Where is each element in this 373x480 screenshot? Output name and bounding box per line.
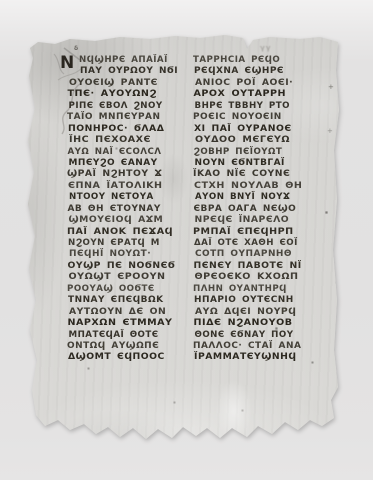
manuscript-text-line: ΗΠΑΡΙΟ ΟΥΤЄϹΝΗ — [194, 295, 325, 306]
manuscript-text-line: ΘΡЄΟЄΚΟ ΚΧΟΩΠ — [195, 272, 335, 283]
text-column-right: ΤΑΡΡΗϹΙΑ ΡЄϤΟΡЄϤΧΝΑ ЄϢΗΡЄΑΝΙΟϹ ΡΟΪ ΑΟЄΙ·… — [194, 55, 318, 364]
manuscript-text-line: ϢΜΟΥЄΙΟϤ ΑϪΜ — [69, 215, 202, 226]
manuscript-text-line: ΧΙ ΠΑΪ ΟΥΡΑΝΟЄ — [194, 124, 329, 135]
manuscript-text-line: ΤΠЄ· ΑΥΟΥΩΝϨ — [68, 89, 205, 100]
manuscript-text-line: ΟΥΩϢΤ ЄΡΟΟΥΝ — [69, 272, 206, 283]
manuscript-text-line: ΪΚΑΟ ΝΪЄ ϹΟΥΝЄ — [193, 169, 328, 180]
manuscript-text-line: ΝΟΥΝ ЄϬΝΤΒΓΑΪ — [195, 158, 326, 169]
manuscript-text-line: ΠΑΪ ΑΝΟΚ ΠЄϪΑϤ — [67, 227, 204, 238]
manuscript-text-line: ΔΑΪ ΟΤЄ ΧΑΘΗ ЄΟΪ — [194, 238, 320, 249]
manuscript-text-line: ϢΡΑΪ ΝϨΗΤΟΥ Ϫ — [67, 169, 200, 180]
manuscript-text-line: ΝΤΟΟΥ ΝЄΤΟΥΑ — [69, 192, 193, 203]
manuscript-text-line: ΑΡΟΧ ΟΥΤΑΡΡΗ — [194, 89, 334, 100]
faint-top-marks: γγ — [260, 44, 272, 53]
manuscript-text-line: ΟΝΤΩϤ ΑΥϢΩΠЄ — [67, 341, 196, 352]
manuscript-text-line: ΟΥϢΡ ΠЄ ΝΟϬΝЄϬ — [68, 261, 201, 272]
manuscript-text-line: ΔϢΟΜΤ ЄϤΠΟΟϹ — [68, 352, 201, 363]
text-column-left: ΝϤϢΗΡЄ ΑΠΑΪΑΪΠΑΥ ΟΥΡΩΟΥ ΝϬΙΟΥΟЄΙϢ ΡΑΝΤЄΤ… — [68, 55, 190, 364]
manuscript-text-line: ΤΑΪΟ ΜΝΠЄΥΡΑΝ — [67, 112, 196, 123]
manuscript-text-line: ΠΙΔЄ ΝϨΑΝΟΥΟΒ — [194, 318, 334, 329]
manuscript-text-line: ΠΛΗΝ ΟΥΑΝΤΗΡϤ — [193, 284, 319, 295]
dirt-specks — [24, 30, 25, 31]
quire-mark: δ — [74, 45, 78, 53]
manuscript-text-line: ΑΥΩ ΝΑΪ ЄϹΟΛϹΛ — [68, 147, 192, 158]
manuscript-leaf-shadow: Ν δ γγ + + ΝϤϢΗΡЄ ΑΠΑΪΑΪΠΑΥ ΟΥΡΩΟΥ ΝϬΙΟΥ… — [24, 30, 342, 444]
manuscript-text-line: ΠΑΛΛΟϹ· ϹΤΑΪ ΑΝΑ — [193, 341, 324, 352]
manuscript-text-line: ΡΜΠΑΪ ЄΠЄϤΗΡΠ — [193, 227, 333, 238]
manuscript-text-line: ΤΑΡΡΗϹΙΑ ΡЄϤΟ — [193, 55, 319, 66]
manuscript-text-line: ϹΟΤΠ ΟΥΠΑΡΝΗΘ — [195, 249, 326, 260]
manuscript-text-line: ΪΗϹ ΠЄΧΟΑΧЄ — [69, 135, 206, 146]
manuscript-text-line: ЄΠΝΑ ΪΑΤΟΛΙΚΗ — [68, 181, 205, 192]
manuscript-leaf: Ν δ γγ + + ΝϤϢΗΡЄ ΑΠΑΪΑΪΠΑΥ ΟΥΡΩΟΥ ΝϬΙΟΥ… — [24, 30, 342, 444]
manuscript-text-line: ΑΥΤΩΟΥΝ ΔЄ ΟΝ — [69, 307, 202, 318]
manuscript-text-line: ΝΡЄϤЄ ΪΝΑΡЄΛΟ — [195, 215, 330, 226]
manuscript-text-line: ΑΥΩ ΔϤЄΙ ΝΟΥΡϤ — [195, 307, 330, 318]
manuscript-text-line: ΠΟΝΗΡΟϹ· ϬΛΑΔ — [68, 124, 201, 135]
manuscript-text-line: ΝΑΡΧΩΝ ЄΤΜΜΑΥ — [68, 318, 205, 329]
manuscript-text-line: ΡΙΠЄ ЄΒΟΛ ϨΝΟΥ — [69, 101, 193, 112]
manuscript-text-line: ΠЄϤΗΪ ΝΟΥΩΤ· — [69, 249, 198, 260]
manuscript-text-line: ΠΑΥ ΟΥΡΩΟΥ ΝϬΙ — [80, 66, 196, 77]
manuscript-text-line: ϹΤΧΗ ΝΟΥΛΑΒ ΘΗ — [194, 181, 334, 192]
manuscript-text-line: ΝϤϢΗΡЄ ΑΠΑΪΑΪ — [79, 55, 191, 66]
manuscript-text-line: ΠЄΝЄΥ ΠΑΒΟΤЄ ΝΪ — [194, 261, 329, 272]
manuscript-text-line: ΑΥΟΝ ΒΝΥΪ ΝΟΥϪ — [195, 192, 321, 203]
manuscript-text-line: ϨΟΒΗΡ ΠЄΪΟΥΩΤ — [194, 147, 320, 158]
manuscript-text-line: ΟΥΟЄΙϢ ΡΑΝΤЄ — [69, 78, 202, 89]
manuscript-text-line: ΝϨΟΥΝ ЄΡΑΤϤ Μ — [68, 238, 192, 249]
manuscript-text-line: ΡΟΟΥΑϢ ΟΟϬΤЄ — [67, 284, 191, 295]
manuscript-text-line: ΑΝΙΟϹ ΡΟΪ ΑΟЄΙ· — [195, 78, 330, 89]
manuscript-text-line: ΡΟЄΙϹ ΝΟΥΟЄΙΝ — [193, 112, 324, 123]
manuscript-text-line: ΜΠΑΤЄϤΑΪ ΘΟΤЄ — [69, 330, 193, 341]
manuscript-text-line: ΤΝΝΑΥ ЄΠЄϤΒΩΚ — [68, 295, 197, 306]
photograph-background: Ν δ γγ + + ΝϤϢΗΡЄ ΑΠΑΪΑΪΠΑΥ ΟΥΡΩΟΥ ΝϬΙΟΥ… — [0, 0, 373, 480]
manuscript-text-line: ΑΒ ΘΗ ЄΤΟΥΝΑΥ — [68, 204, 197, 215]
manuscript-text-line: ΜΠЄΥϨΟ ЄΑΝΑΥ — [69, 158, 198, 169]
manuscript-text-line: ΪΡΑΜΜΑΤЄΥϢΝΗϤ — [194, 352, 329, 363]
manuscript-text-line: ΡЄϤΧΝΑ ЄϢΗΡЄ — [194, 66, 325, 77]
manuscript-text-line: ЄΒΡΑ ΟΑΓΑ ΝЄϢΟ — [194, 204, 325, 215]
manuscript-text-line: ΟΥΔΟΟ ΜЄΓЄΥΩ — [195, 135, 335, 146]
manuscript-text-line: ΒΗΡЄ ΤΒΒΗΥ ΡΤΟ — [195, 101, 321, 112]
manuscript-text-line: ΘΟΝЄ ЄϬΝΑΥ ΠΟΥ — [195, 330, 321, 341]
